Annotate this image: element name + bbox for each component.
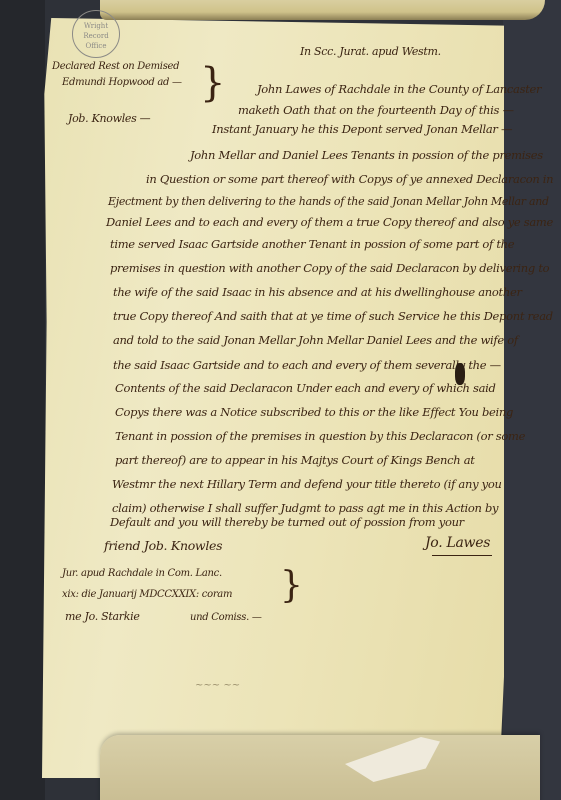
body-line-13: the said Isaac Gartside and to each and … (113, 358, 501, 372)
body-line-21: friend Job. Knowles (104, 538, 222, 553)
body-line-10: the wife of the said Isaac in his absenc… (113, 285, 522, 299)
body-line-6: Ejectment by then delivering to the hand… (108, 195, 549, 208)
background-left (0, 0, 45, 800)
jurat-line-1: Jur. apud Rachdale in Com. Lanc. (62, 568, 222, 579)
body-line-3: Instant January he this Depont served Jo… (212, 122, 512, 136)
faint-reverse-writing: ~~~ ~~ (195, 680, 240, 691)
background-right (503, 0, 561, 800)
body-line-4: John Mellar and Daniel Lees Tenants in p… (190, 148, 543, 162)
body-line-18: Westmr the next Hillary Term and defend … (112, 477, 502, 491)
body-line-2: maketh Oath that on the fourteenth Day o… (238, 103, 514, 117)
body-line-1: John Lawes of Rachdale in the County of … (257, 82, 541, 96)
margin-line-2: Edmundi Hopwood ad — (62, 77, 182, 88)
rolled-top-edge (100, 0, 545, 20)
body-line-16: Tenant in possion of the premises in que… (115, 429, 525, 443)
ink-blot (455, 363, 465, 385)
body-line-11: true Copy thereof And saith that at ye t… (113, 309, 553, 323)
jurat-line-3: me Jo. Starkie (65, 610, 140, 623)
margin-line-3: Job. Knowles — (68, 112, 150, 125)
body-line-5: in Question or some part thereof with Co… (146, 172, 553, 186)
body-line-9: premises in question with another Copy o… (110, 261, 549, 275)
jurat-line-4: und Comiss. — (190, 612, 262, 623)
body-line-19: claim) otherwise I shall suffer Judgmt t… (112, 501, 498, 515)
signature-underline (432, 555, 492, 557)
body-line-7: Daniel Lees and to each and every of the… (106, 215, 553, 229)
margin-brace: } (200, 60, 225, 106)
folded-bottom-edge (100, 735, 540, 800)
body-line-14: Contents of the said Declaracon Under ea… (115, 381, 496, 395)
body-line-8: time served Isaac Gartside another Tenan… (110, 237, 514, 251)
jurat-line-2: xix: die Januarij MDCCXXIX: coram (62, 589, 232, 600)
heading: In Scc. Jurat. apud Westm. (300, 45, 441, 58)
body-line-20: Default and you will thereby be turned o… (110, 515, 464, 529)
jurat-brace: } (280, 565, 303, 606)
body-line-15: Copys there was a Notice subscribed to t… (115, 405, 513, 419)
body-line-17: part thereof) are to appear in his Majty… (115, 453, 475, 467)
signature: Jo. Lawes (425, 535, 490, 551)
body-line-12: and told to the said Jonan Mellar John M… (113, 333, 518, 347)
margin-line-1: Declared Rest on Demised (52, 61, 179, 72)
archive-stamp: Wright Record Office (72, 10, 120, 58)
